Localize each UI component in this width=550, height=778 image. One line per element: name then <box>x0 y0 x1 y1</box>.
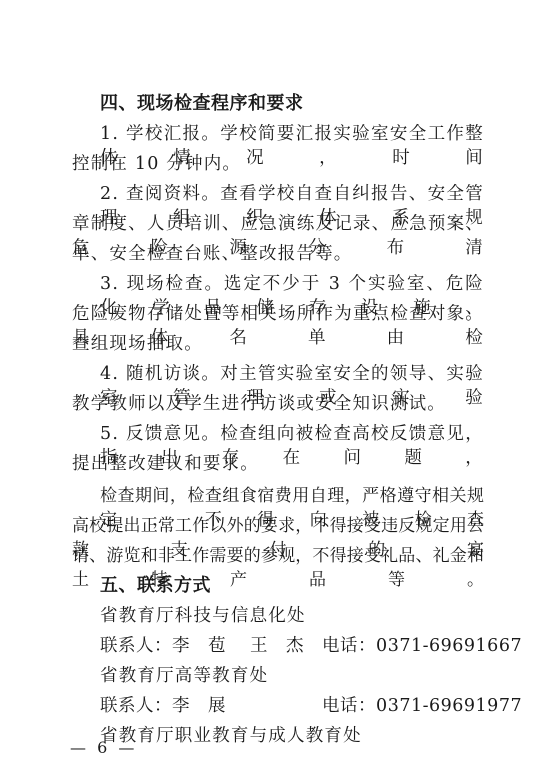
contact-department: 省教育厅高等教育处 <box>100 664 512 688</box>
paragraph-line: 控制在 10 分钟内。 <box>72 152 484 176</box>
contact-person-line: 联系人：李 苞 王 杰 电话：0371-69691667 <box>100 634 512 658</box>
document-page: 四、现场检查程序和要求 1. 学校汇报。学校简要汇报实验室安全工作整体情况，时间… <box>0 0 550 778</box>
paragraph-line: 提出整改建议和要求。 <box>72 452 484 476</box>
contact-department: 省教育厅职业教育与成人教育处 <box>100 724 512 748</box>
paragraph-line: 单、安全检查台账、整改报告等。 <box>72 242 484 266</box>
contact-department: 省教育厅科技与信息化处 <box>100 604 512 628</box>
paragraph-line: 教学教师以及学生进行访谈或安全知识测试。 <box>72 392 484 416</box>
page-number: — 6 — <box>70 738 137 757</box>
contact-person-line: 联系人：李 展 电话：0371-69691977 <box>100 694 512 718</box>
paragraph-line: 查组现场抽取。 <box>72 332 484 356</box>
section-heading-contact: 五、联系方式 <box>100 574 512 598</box>
section-heading-inspection-procedure: 四、现场检查程序和要求 <box>100 92 512 116</box>
